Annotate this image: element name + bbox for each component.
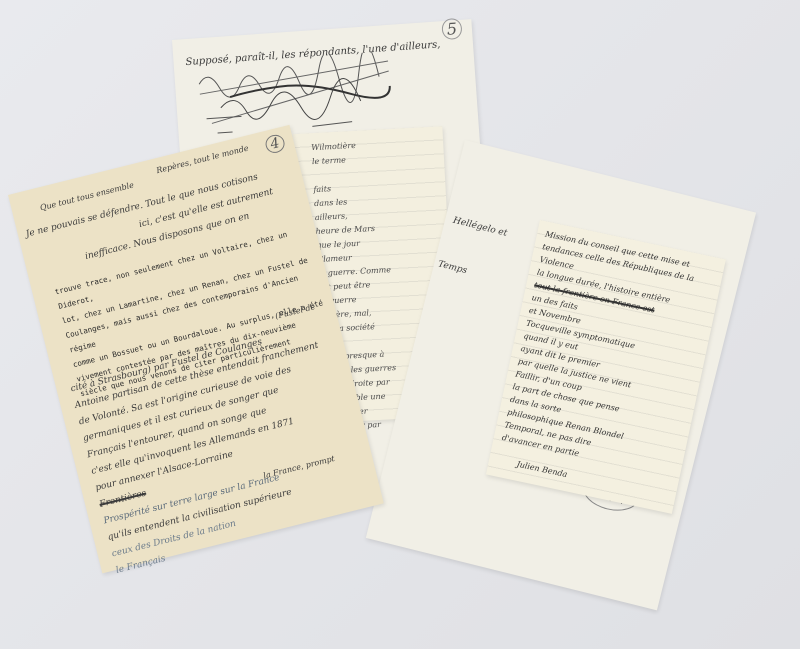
page6-margin-note: Temps	[437, 259, 468, 276]
page-number-4: 4	[264, 133, 287, 155]
page6-margin-note: Hellégelo et	[452, 216, 508, 239]
page-number-5: 5	[441, 18, 463, 40]
hand-line: Repères, tout le monde	[155, 144, 249, 176]
